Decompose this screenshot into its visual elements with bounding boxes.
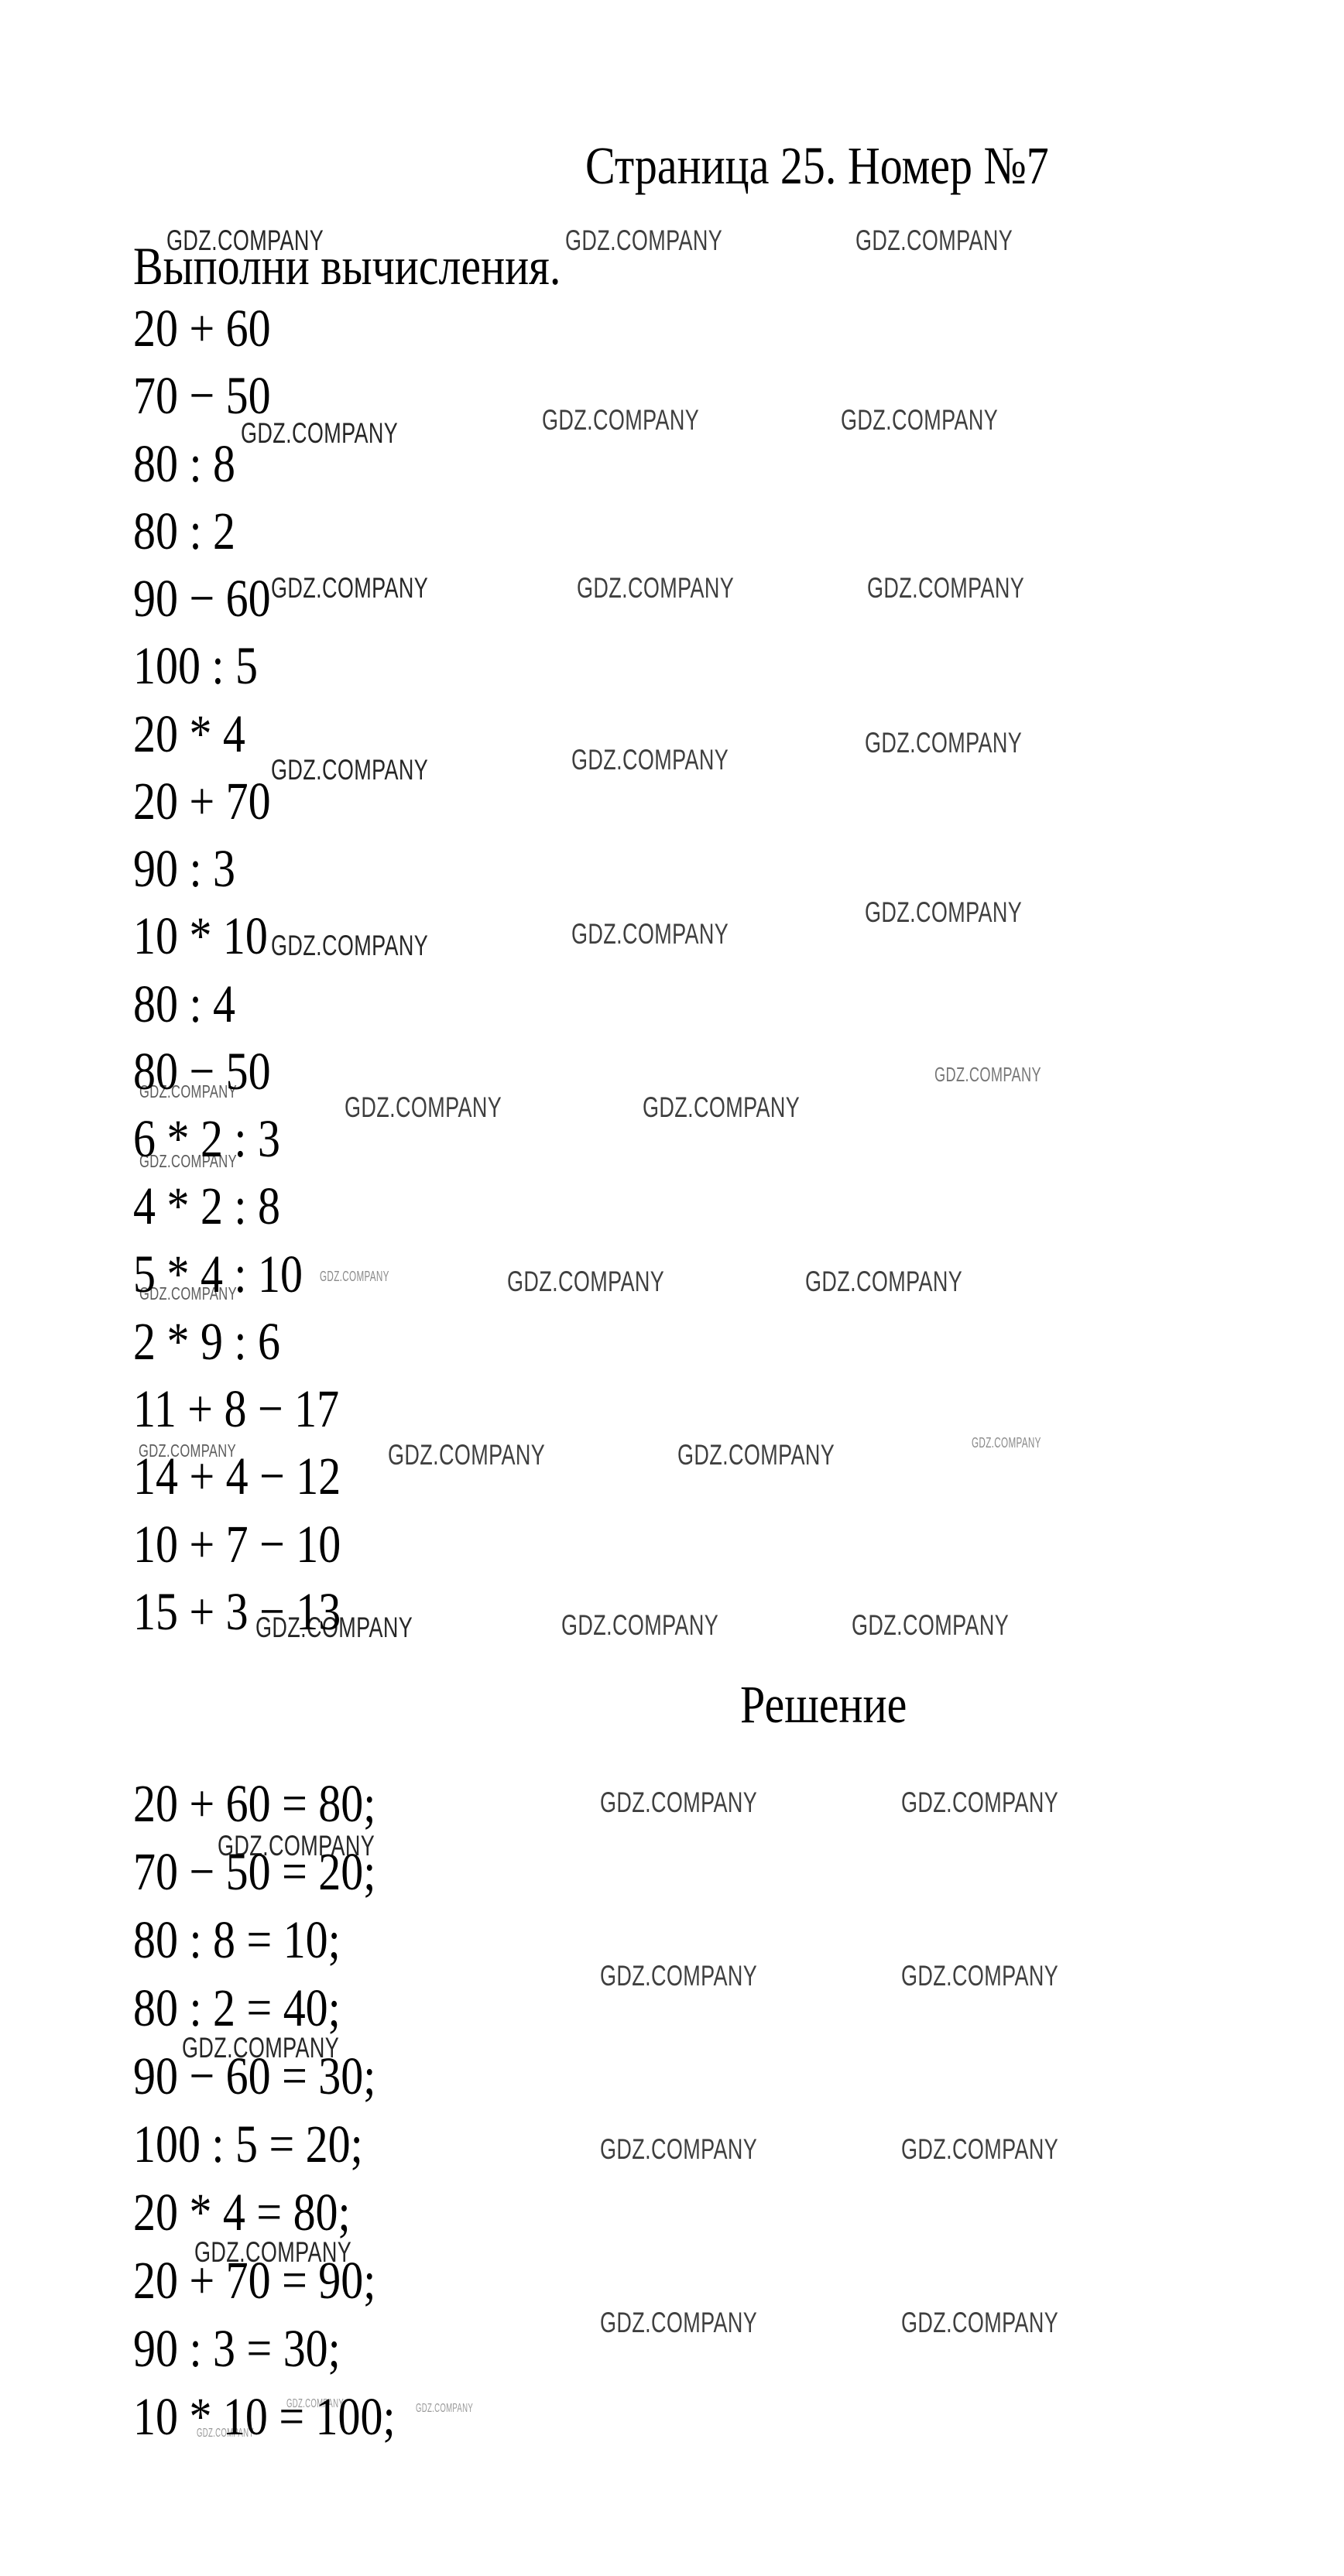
watermark: GDZ.COMPANY — [901, 1961, 1058, 1990]
solution-line: 100 : 5 = 20; — [133, 2118, 363, 2171]
problem-line: 5 * 4 : 10 — [133, 1248, 303, 1301]
problem-line: 10 * 10 — [133, 909, 268, 963]
problem-line: 20 + 60 — [133, 302, 271, 355]
watermark: GDZ.COMPANY — [271, 931, 428, 960]
problem-line: 20 * 4 — [133, 707, 245, 761]
problem-line: 10 + 7 − 10 — [133, 1518, 341, 1571]
solution-line: 80 : 8 = 10; — [133, 1913, 341, 1967]
problem-line: 80 : 8 — [133, 437, 235, 491]
problem-line: 80 : 4 — [133, 978, 235, 1031]
problem-line: 15 + 3 − 13 — [133, 1585, 341, 1639]
watermark: GDZ.COMPANY — [643, 1093, 800, 1122]
problem-line: 80 − 50 — [133, 1045, 271, 1098]
problem-line: 90 : 3 — [133, 842, 235, 896]
problem-line: 4 * 2 : 8 — [133, 1180, 280, 1233]
watermark: GDZ.COMPANY — [271, 755, 428, 784]
watermark: GDZ.COMPANY — [901, 1788, 1058, 1817]
solution-line: 20 + 70 = 90; — [133, 2254, 375, 2307]
watermark: GDZ.COMPANY — [577, 574, 734, 602]
solution-line: 10 * 10 = 100; — [133, 2390, 396, 2444]
solution-heading: Решение — [740, 1678, 907, 1732]
page-title: Страница 25. Номер №7 — [585, 139, 1049, 193]
watermark: GDZ.COMPANY — [542, 406, 699, 434]
watermark: GDZ.COMPANY — [320, 1269, 389, 1283]
solution-line: 80 : 2 = 40; — [133, 1982, 341, 2035]
problem-line: 70 − 50 — [133, 369, 271, 423]
watermark: GDZ.COMPANY — [571, 745, 729, 774]
watermark: GDZ.COMPANY — [865, 728, 1022, 757]
watermark: GDZ.COMPANY — [507, 1267, 664, 1296]
problem-line: 14 + 4 − 12 — [133, 1450, 341, 1503]
problem-line: 90 − 60 — [133, 572, 271, 625]
watermark: GDZ.COMPANY — [271, 574, 428, 602]
task-heading: Выполни вычисления. — [133, 240, 561, 293]
watermark: GDZ.COMPANY — [805, 1267, 962, 1296]
watermark: GDZ.COMPANY — [867, 574, 1024, 602]
watermark: GDZ.COMPANY — [600, 2135, 757, 2163]
watermark: GDZ.COMPANY — [571, 920, 729, 948]
problem-line: 11 + 8 − 17 — [133, 1382, 339, 1436]
watermark: GDZ.COMPANY — [865, 898, 1022, 927]
watermark: GDZ.COMPANY — [600, 2308, 757, 2337]
watermark: GDZ.COMPANY — [677, 1440, 835, 1469]
watermark: GDZ.COMPANY — [972, 1436, 1041, 1450]
watermark: GDZ.COMPANY — [855, 226, 1013, 255]
watermark: GDZ.COMPANY — [852, 1611, 1009, 1639]
watermark: GDZ.COMPANY — [600, 1961, 757, 1990]
watermark: GDZ.COMPANY — [934, 1064, 1041, 1084]
solution-line: 90 − 60 = 30; — [133, 2050, 375, 2103]
watermark: GDZ.COMPANY — [901, 2308, 1058, 2337]
problem-line: 20 + 70 — [133, 775, 271, 828]
problem-line: 80 : 2 — [133, 505, 235, 558]
solution-line: 20 * 4 = 80; — [133, 2186, 351, 2239]
watermark: GDZ.COMPANY — [561, 1611, 718, 1639]
problem-line: 100 : 5 — [133, 639, 258, 693]
watermark: GDZ.COMPANY — [901, 2135, 1058, 2163]
watermark: GDZ.COMPANY — [841, 406, 998, 434]
watermark: GDZ.COMPANY — [388, 1440, 545, 1469]
watermark: GDZ.COMPANY — [565, 226, 722, 255]
problem-line: 2 * 9 : 6 — [133, 1315, 280, 1368]
watermark: GDZ.COMPANY — [345, 1093, 502, 1122]
watermark: GDZ.COMPANY — [416, 2403, 473, 2415]
watermark: GDZ.COMPANY — [600, 1788, 757, 1817]
solution-line: 70 − 50 = 20; — [133, 1845, 375, 1899]
solution-line: 20 + 60 = 80; — [133, 1777, 375, 1831]
document-page: GDZ.COMPANYGDZ.COMPANYGDZ.COMPANYGDZ.COM… — [0, 0, 1344, 2576]
problem-line: 6 * 2 : 3 — [133, 1112, 280, 1166]
solution-line: 90 : 3 = 30; — [133, 2322, 341, 2376]
